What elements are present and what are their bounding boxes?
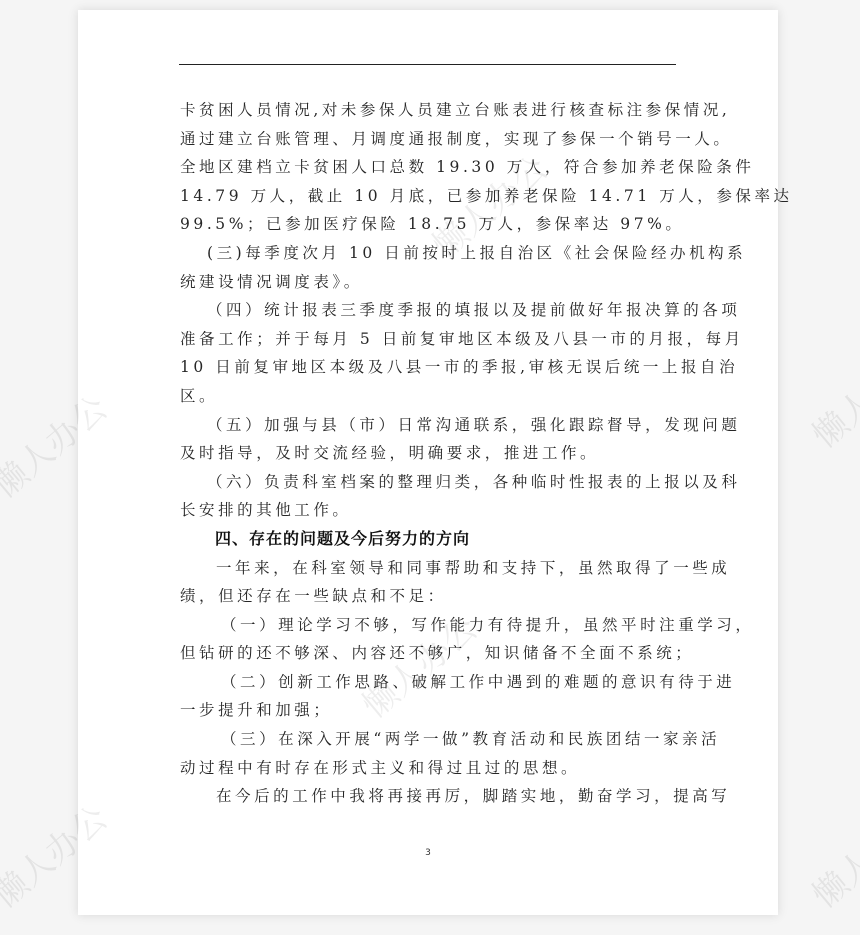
text-line: 通过建立台账管理、月调度通报制度，实现了参保一个销号一人。 (180, 125, 690, 154)
text-line: 一年来，在科室领导和同事帮助和支持下，虽然取得了一些成 (180, 554, 690, 583)
text-line: 在今后的工作中我将再接再厉，脚踏实地，勤奋学习，提高写 (180, 782, 690, 811)
text-line: （三）在深入开展“两学一做”教育活动和民族团结一家亲活 (180, 725, 690, 754)
text-line: 14.79 万人，截止 10 月底，已参加养老保险 14.71 万人，参保率达 (180, 182, 690, 211)
text-line: 99.5%；已参加医疗保险 18.75 万人，参保率达 97%。 (180, 210, 690, 239)
text-line: （五）加强与县（市）日常沟通联系，强化跟踪督导，发现问题 (180, 411, 690, 440)
text-line: （二）创新工作思路、破解工作中遇到的难题的意识有待于进 (180, 668, 690, 697)
text-line: 10 日前复审地区本级及八县一市的季报,审核无误后统一上报自治 (180, 353, 690, 382)
text-line: 区。 (180, 382, 690, 411)
document-body: 卡贫困人员情况,对未参保人员建立台账表进行核查标注参保情况,通过建立台账管理、月… (180, 96, 690, 811)
text-line: 准备工作；并于每月 5 日前复审地区本级及八县一市的月报，每月 (180, 325, 690, 354)
text-line: 但钻研的还不够深、内容还不够广，知识储备不全面不系统； (180, 639, 690, 668)
text-line: (三)每季度次月 10 日前按时上报自治区《社会保险经办机构系 (180, 239, 690, 268)
text-line: （六）负责科室档案的整理归类，各种临时性报表的上报以及科 (180, 468, 690, 497)
text-line: 统建设情况调度表》。 (180, 268, 690, 297)
text-line: （四）统计报表三季度季报的填报以及提前做好年报决算的各项 (180, 296, 690, 325)
text-line: 长安排的其他工作。 (180, 496, 690, 525)
text-line: 动过程中有时存在形式主义和得过且过的思想。 (180, 754, 690, 783)
page-number: 3 (78, 848, 778, 858)
header-rule (179, 64, 676, 65)
text-line: 绩，但还存在一些缺点和不足： (180, 582, 690, 611)
text-line: 及时指导，及时交流经验，明确要求，推进工作。 (180, 439, 690, 468)
text-line: 一步提升和加强； (180, 696, 690, 725)
text-line: 卡贫困人员情况,对未参保人员建立台账表进行核查标注参保情况, (180, 96, 690, 125)
watermark: 懒人办公 (800, 332, 860, 457)
watermark: 懒人办公 (800, 792, 860, 917)
text-line: 全地区建档立卡贫困人口总数 19.30 万人，符合参加养老保险条件 (180, 153, 690, 182)
text-line: （一）理论学习不够，写作能力有待提升，虽然平时注重学习， (180, 611, 690, 640)
document-page: 卡贫困人员情况,对未参保人员建立台账表进行核查标注参保情况,通过建立台账管理、月… (78, 10, 778, 915)
section-heading: 四、存在的问题及今后努力的方向 (180, 525, 690, 554)
